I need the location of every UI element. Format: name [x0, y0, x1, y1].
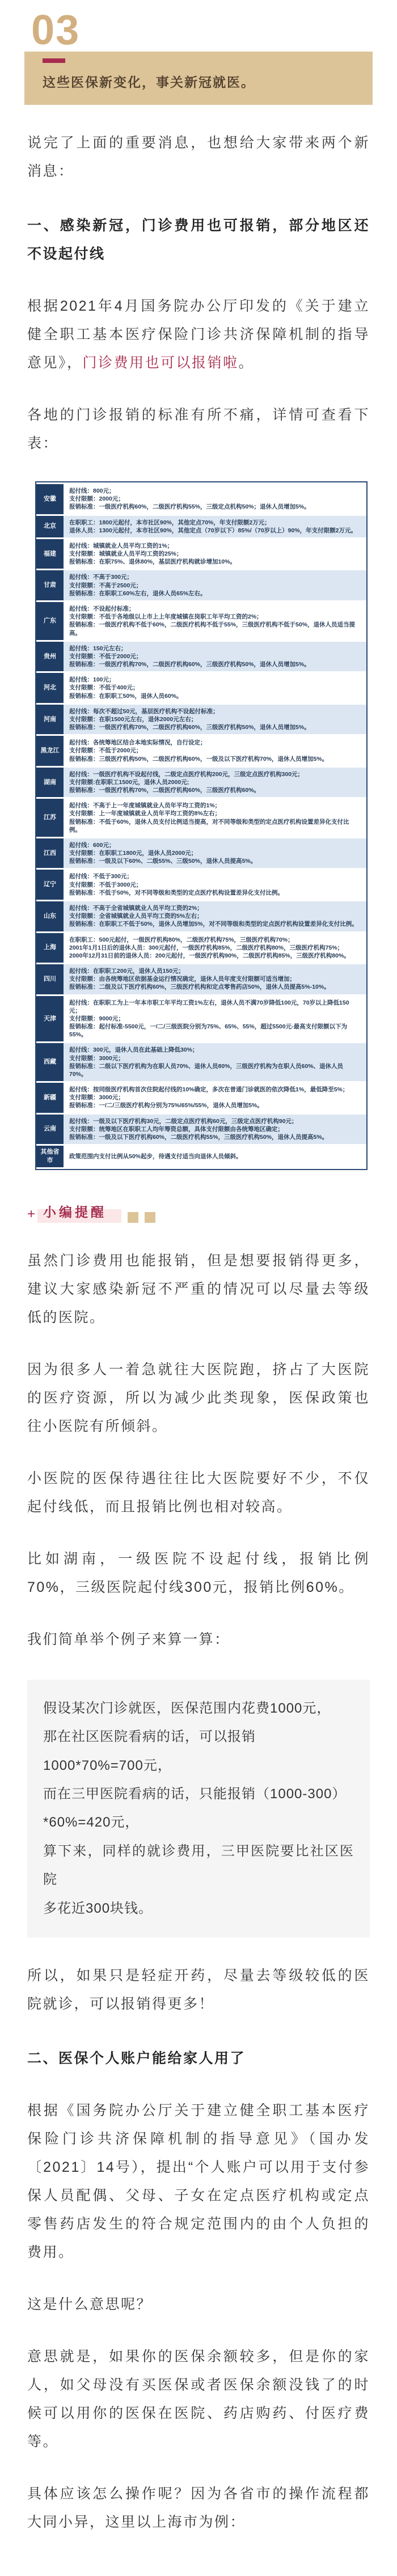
policy-detail-cell: 起付线：一级医疗机构不设起付线，二级定点医疗机构200元，三级定点医疗机构300…	[64, 768, 366, 798]
table-row: 河南 起付线：每次不超过50元，基层医疗机构不设起付标准； 支付限额：在职150…	[36, 705, 366, 735]
table-row: 河北 起付线：100元； 支付限额：不低于400元； 报销标准：在职职工50%，…	[36, 673, 366, 703]
region-cell: 其他省市	[36, 1146, 64, 1167]
policy-detail-cell: 起付线：在职职工200元，退休人员150元； 支付限额：由各统筹地区依据基金运行…	[64, 964, 366, 994]
policy-detail-cell: 起付线：不高于300元； 支付限额：不高于2500元； 报销标准：在职职工60%…	[64, 570, 366, 600]
policy-detail-cell: 起付线：每次不超过50元，基层医疗机构不设起付标准； 支付限额：在职1500元左…	[64, 705, 366, 735]
table-row: 黑龙江 起付线：各统筹地区结合本地实际情况，自行设定； 支付限额：不低于2000…	[36, 736, 366, 766]
policy-detail-cell: 起付线：300元，退休人员在此基础上降低30%； 支付限额：3000元； 报销标…	[64, 1043, 366, 1081]
region-cell: 贵州	[36, 642, 64, 672]
table-row: 四川 起付线：在职职工200元，退休人员150元； 支付限额：由各统筹地区依据基…	[36, 964, 366, 994]
region-cell: 天津	[36, 996, 64, 1042]
region-cell: 福建	[36, 539, 64, 569]
example-quote-box: 假设某次门诊就医，医保范围内花费1000元， 那在社区医院看病的话，可以报销 1…	[27, 1680, 370, 1938]
table-row: 广东 起付线：不设起付标准； 支付限额：不低于各地级以上市上上年度城镇在岗职工年…	[36, 602, 366, 640]
policy-detail-cell: 起付线：150元左右； 支付限额：不低于2000元； 报销标准：一级医疗机构70…	[64, 642, 366, 672]
tan-square-icon	[128, 1212, 138, 1223]
tip-paragraph: 因为很多人一着急就往大医院跑，挤占了大医院的医疗资源，所以为减少此类现象，医保政…	[27, 1355, 370, 1440]
policy-detail-cell: 起付线：600元； 支付限额：在职职工1800元，退休人员2000元； 报销标准…	[64, 838, 366, 868]
table-row: 新疆 起付线：按同级医疗机构首次住院起付线的10%确定，多次在普通门诊就医的依次…	[36, 1083, 366, 1113]
part2-paragraphs: 根据《国务院办公厅关于建立健全职工基本医疗保险门诊共济保障机制的指导意见》（国办…	[0, 2096, 397, 2536]
region-cell: 江苏	[36, 799, 64, 837]
table-row: 天津 起付线：在职职工为上一年本市职工年平均工资1%左右，退休人员不满70岁降低…	[36, 996, 366, 1042]
region-cell: 河南	[36, 705, 64, 735]
tip-paragraph: 小医院的医保待遇往往比大医院要好不少，不仅起付线低，而且报销比例也相对较高。	[27, 1464, 370, 1521]
tan-square-icon	[145, 1212, 155, 1223]
region-cell: 安徽	[36, 484, 64, 514]
tip-paragraphs: 虽然门诊费用也能报销，但是想要报销得更多，建议大家感染新冠不严重的情况可以尽量去…	[0, 1247, 397, 1654]
region-cell: 湖南	[36, 768, 64, 798]
policy-detail-cell: 起付线：在职职工为上一年本市职工年平均工资1%左右，退休人员不满70岁降低100…	[64, 996, 366, 1042]
region-cell: 辽宁	[36, 870, 64, 900]
region-cell: 黑龙江	[36, 736, 64, 766]
region-cell: 上海	[36, 933, 64, 963]
table-row: 福建 起付线：城镇就业人员平均工资的1%； 支付限额：城镇就业人员平均工资的25…	[36, 539, 366, 569]
part2-heading: 二、医保个人账户能给家人用了	[27, 2044, 370, 2073]
tip-paragraph: 比如湖南，一级医院不设起付线，报销比例70%，三级医院起付线300元，报销比例6…	[27, 1545, 370, 1601]
article-page: 03 这些医保新变化，事关新冠就医。 说完了上面的重要消息，也想给大家带来两个新…	[0, 0, 397, 2576]
editor-tip-label: 小编提醒	[37, 1201, 121, 1223]
policy-detail-cell: 起付线：100元； 支付限额：不低于400元； 报销标准：在职职工50%，退休人…	[64, 673, 366, 703]
section-title: 这些医保新变化，事关新冠就医。	[43, 72, 361, 91]
region-cell: 江西	[36, 838, 64, 868]
policy-table-body: 安徽 起付线：800元； 支付限额：2000元； 报销标准：一级医疗机构60%，…	[36, 484, 366, 1167]
region-cell: 北京	[36, 516, 64, 537]
region-cell: 广东	[36, 602, 64, 640]
table-row: 其他省市 政策范围内支付比例从50%起步，待遇支付适当向退休人员倾斜。	[36, 1146, 366, 1167]
table-row: 西藏 起付线：300元，退休人员在此基础上降低30%； 支付限额：3000元； …	[36, 1043, 366, 1081]
policy-text-suffix: 。	[239, 355, 255, 371]
table-row: 湖南 起付线：一级医疗机构不设起付线，二级定点医疗机构200元，三级定点医疗机构…	[36, 768, 366, 798]
section-number: 03	[31, 11, 397, 48]
tip-paragraph: 我们简单举个例子来算一算：	[27, 1625, 370, 1654]
table-row: 安徽 起付线：800元； 支付限额：2000元； 报销标准：一级医疗机构60%，…	[36, 484, 366, 514]
table-row: 贵州 起付线：150元左右； 支付限额：不低于2000元； 报销标准：一级医疗机…	[36, 642, 366, 672]
region-cell: 西藏	[36, 1043, 64, 1081]
table-row: 云南 起付线：一级及以下医疗机构30元，二级定点医疗机构60元，三级定点医疗机构…	[36, 1115, 366, 1145]
tip-paragraph: 虽然门诊费用也能报销，但是想要报销得更多，建议大家感染新冠不严重的情况可以尽量去…	[27, 1247, 370, 1332]
table-row: 山东 起付线：不高于全省城镇就业人员平均工资的2%； 支付限额：全省城镇就业人员…	[36, 901, 366, 931]
part2-paragraph: 根据《国务院办公厅关于建立健全职工基本医疗保险门诊共济保障机制的指导意见》（国办…	[27, 2096, 370, 2266]
policy-detail-cell: 起付线：一级及以下医疗机构30元，二级定点医疗机构60元，三级定点医疗机构90元…	[64, 1115, 366, 1145]
table-row: 江西 起付线：600元； 支付限额：在职职工1800元，退休人员2000元； 报…	[36, 838, 366, 868]
policy-detail-cell: 在职职工：500元起付，一级医疗机构80%，二级医疗机构75%，三级医疗机构70…	[64, 933, 366, 963]
accent-bar	[43, 58, 65, 63]
table-intro-paragraph: 各地的门诊报销的标准有所不痛，详情可查看下表：	[27, 401, 370, 457]
table-row: 甘肃 起付线：不高于300元； 支付限额：不高于2500元； 报销标准：在职职工…	[36, 570, 366, 600]
intro-paragraph: 说完了上面的重要消息，也想给大家带来两个新消息：	[27, 129, 370, 185]
example-box-text: 假设某次门诊就医，医保范围内花费1000元， 那在社区医院看病的话，可以报销 1…	[43, 1694, 354, 1923]
region-cell: 甘肃	[36, 570, 64, 600]
region-cell: 山东	[36, 901, 64, 931]
policy-detail-cell: 起付线：不设起付标准； 支付限额：不低于各地级以上市上上年度城镇在岗职工年平均工…	[64, 602, 366, 640]
policy-detail-cell: 起付线：不高于上一年度城镇就业人员年平均工资的1%； 支付限额：上一年度城镇就业…	[64, 799, 366, 837]
region-cell: 云南	[36, 1115, 64, 1145]
policy-detail-cell: 起付线：不高于全省城镇就业人员平均工资的2%； 支付限额：全省城镇就业人员平均工…	[64, 901, 366, 931]
policy-detail-cell: 起付线：不低于300元； 支付限额：不低于3000元； 报销标准：不低于50%，…	[64, 870, 366, 900]
plus-icon: +	[27, 1207, 35, 1223]
table-row: 江苏 起付线：不高于上一年度城镇就业人员年平均工资的1%； 支付限额：上一年度城…	[36, 799, 366, 837]
region-cell: 河北	[36, 673, 64, 703]
region-cell: 四川	[36, 964, 64, 994]
policy-detail-cell: 政策范围内支付比例从50%起步，待遇支付适当向退休人员倾斜。	[64, 1146, 366, 1167]
policy-detail-cell: 起付线：各统筹地区结合本地实际情况，自行设定； 支付限额：不低于2000元； 报…	[64, 736, 366, 766]
section-banner: 这些医保新变化，事关新冠就医。	[24, 52, 373, 105]
policy-highlight-text: 门诊费用也可以报销啦	[83, 355, 239, 371]
table-row: 辽宁 起付线：不低于300元； 支付限额：不低于3000元； 报销标准：不低于5…	[36, 870, 366, 900]
policy-detail-cell: 起付线：按同级医疗机构首次住院起付线的10%确定，多次在普通门诊就医的依次降低1…	[64, 1083, 366, 1113]
conclusion-paragraph: 所以，如果只是轻症开药，尽量去等级较低的医院就诊，可以报销得更多！	[27, 1961, 370, 2018]
region-cell: 新疆	[36, 1083, 64, 1113]
part2-paragraph: 意思就是，如果你的医保余额较多，但是你的家人，如父母没有买医保或者医保余额没钱了…	[27, 2342, 370, 2456]
part1-heading: 一、感染新冠，门诊费用也可报销，部分地区还不设起付线	[27, 211, 370, 268]
table-row: 北京 在职职工：1800元起付，本市社区90%，其他定点70%，年支付限额2万元…	[36, 516, 366, 537]
policy-detail-cell: 在职职工：1800元起付，本市社区90%，其他定点70%，年支付限额2万元； 退…	[64, 516, 366, 537]
policy-detail-cell: 起付线：800元； 支付限额：2000元； 报销标准：一级医疗机构60%，二级医…	[64, 484, 366, 514]
table-row: 上海 在职职工：500元起付，一级医疗机构80%，二级医疗机构75%，三级医疗机…	[36, 933, 366, 963]
policy-paragraph: 根据2021年4月国务院办公厅印发的《关于建立健全职工基本医疗保险门诊共济保障机…	[27, 292, 370, 377]
policy-detail-cell: 起付线：城镇就业人员平均工资的1%； 支付限额：城镇就业人员平均工资的25%； …	[64, 539, 366, 569]
regional-policy-table: 安徽 起付线：800元； 支付限额：2000元； 报销标准：一级医疗机构60%，…	[35, 481, 368, 1170]
part2-paragraph: 这是什么意思呢？	[27, 2290, 370, 2319]
editor-tip-header: + 小编提醒	[27, 1201, 370, 1223]
part2-paragraph: 具体应该怎么操作呢？因为各省市的操作流程都大同小异，这里以上海市为例：	[27, 2480, 370, 2536]
